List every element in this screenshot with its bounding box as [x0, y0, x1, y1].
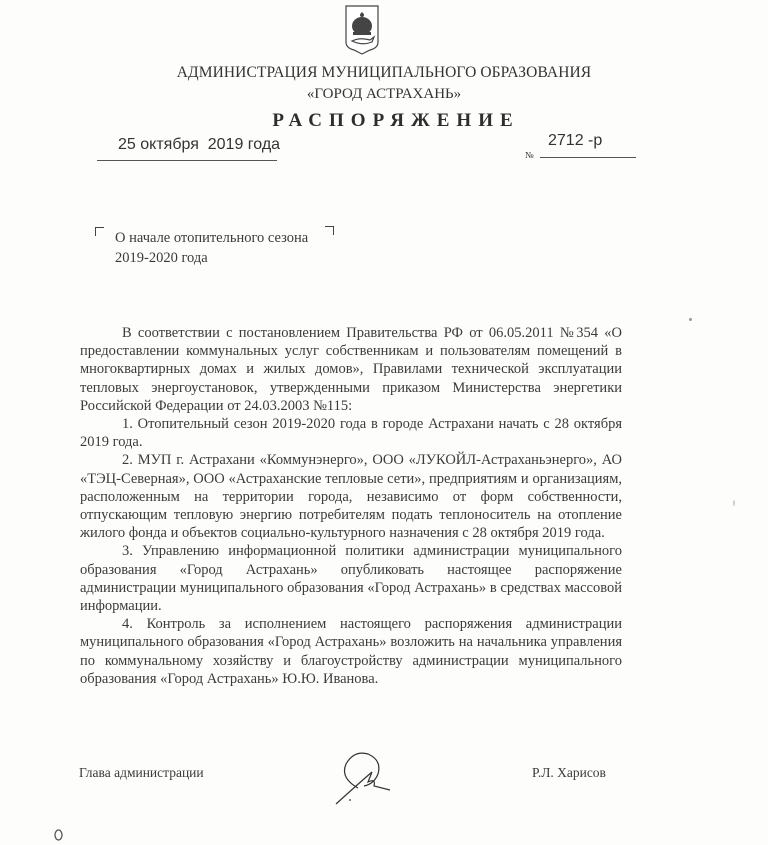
date-underline: [97, 160, 277, 161]
subject-bracket-left: [95, 227, 104, 236]
document-body: В соответствии с постановлением Правител…: [80, 324, 622, 688]
organization-name-line2: «ГОРОД АСТРАХАНЬ»: [0, 86, 768, 103]
scan-speck: [733, 500, 735, 506]
coat-of-arms-icon: [344, 4, 380, 56]
subject-line2: 2019-2020 года: [115, 248, 308, 268]
signatory-name: Р.Л. Харисов: [532, 765, 606, 781]
number-underline: [540, 157, 636, 158]
subject-bracket-right: [325, 226, 334, 235]
number-sign: №: [525, 150, 534, 160]
handwritten-signature-icon: [328, 748, 418, 810]
organization-name-line1: АДМИНИСТРАЦИЯ МУНИЦИПАЛЬНОГО ОБРАЗОВАНИЯ: [0, 64, 768, 82]
scan-speck: [689, 318, 692, 321]
document-type-title: РАСПОРЯЖЕНИЕ: [0, 110, 768, 132]
order-item-4: 4. Контроль за исполнением настоящего ра…: [80, 615, 622, 688]
document-date: 25 октября 2019 года: [118, 136, 280, 154]
order-item-2: 2. МУП г. Астрахани «Коммунэнерго», ООО …: [80, 451, 622, 542]
document-subject: О начале отопительного сезона 2019-2020 …: [115, 228, 308, 268]
margin-mark: [54, 828, 63, 842]
document-number: 2712 -р: [548, 132, 602, 150]
subject-line1: О начале отопительного сезона: [115, 228, 308, 248]
preamble-paragraph: В соответствии с постановлением Правител…: [80, 324, 622, 415]
signatory-title: Глава администрации: [79, 765, 204, 781]
order-item-1: 1. Отопительный сезон 2019-2020 года в г…: [80, 415, 622, 451]
order-item-3: 3. Управлению информационной политики ад…: [80, 542, 622, 615]
